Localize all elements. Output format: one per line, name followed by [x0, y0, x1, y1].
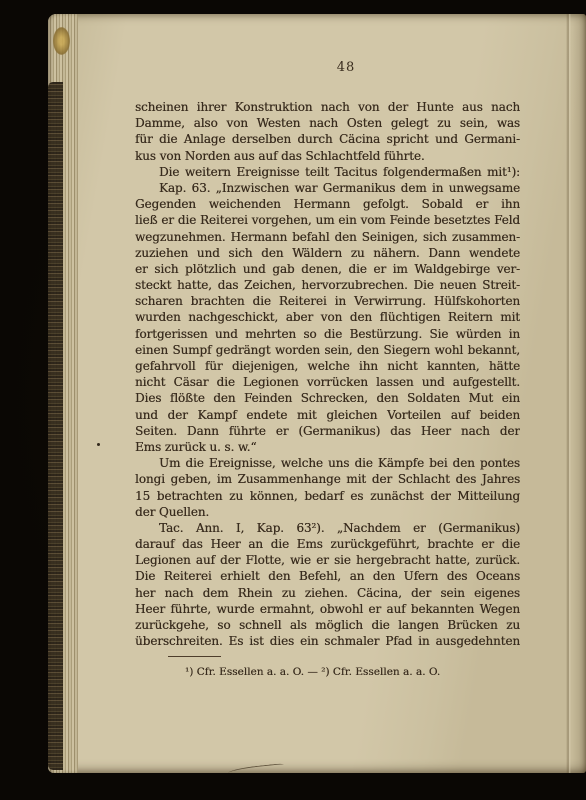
text-line: her nach dem Rhein zu ziehen. Cäcina, de… [135, 585, 520, 601]
text-line: 15 betrachten zu können, bedarf es zunäc… [135, 488, 520, 504]
text-line: Heer führte, wurde ermahnt, obwohl er au… [135, 601, 520, 617]
scan-background: 48 scheinen ihrer Konstruktion nach von … [0, 0, 586, 800]
text-line: ließ er die Reiterei vorgehen, um ein vo… [135, 212, 520, 228]
text-line: kus von Norden aus auf das Schlachtfeld … [135, 148, 520, 164]
text-line: Legionen auf der Flotte, wie er sie herg… [135, 552, 520, 568]
text-line: Ems zurück u. s. w.“ [135, 439, 520, 455]
text-line: Um die Ereignisse, welche uns die Kämpfe… [135, 455, 520, 471]
page-edge-dark-band [48, 82, 63, 770]
paragraph: scheinen ihrer Konstruktion nach von der… [135, 99, 520, 164]
text-line: gefahrvoll für diejenigen, welche ihn ni… [135, 358, 520, 374]
text-line: scharen brachten die Reiterei in Verwirr… [135, 293, 520, 309]
text-line: darauf das Heer an die Ems zurückgeführt… [135, 536, 520, 552]
text-line: er sich plötzlich und gab denen, die er … [135, 261, 520, 277]
text-line: für die Anlage derselben durch Cäcina sp… [135, 131, 520, 147]
paragraph: Um die Ereignisse, welche uns die Kämpfe… [135, 455, 520, 520]
text-line: zuziehen und sich den Wäldern zu nähern.… [135, 245, 520, 261]
ink-speck [97, 443, 100, 446]
body-text: scheinen ihrer Konstruktion nach von der… [135, 99, 520, 649]
text-line: Die weitern Ereignisse teilt Tacitus fol… [135, 164, 520, 180]
page-number: 48 [331, 60, 361, 75]
paragraph: Kap. 63. „Inzwischen war Germanikus dem … [135, 180, 520, 455]
text-line: wegzunehmen. Hermann befahl den Seinigen… [135, 229, 520, 245]
page-crease [566, 14, 571, 773]
book-page: 48 scheinen ihrer Konstruktion nach von … [48, 14, 586, 773]
text-line: Damme, also von Westen nach Osten gelegt… [135, 115, 520, 131]
page-right-shade [572, 14, 586, 773]
text-line: Dies flößte den Feinden Schrecken, den S… [135, 390, 520, 406]
text-line: der Quellen. [135, 504, 520, 520]
text-line: zurückgehe, so schnell als möglich die l… [135, 617, 520, 633]
footnote: ¹) Cfr. Essellen a. a. O. — ²) Cfr. Esse… [185, 666, 515, 678]
text-line: und der Kampf endete mit gleichen Vortei… [135, 407, 520, 423]
text-line: steckt hatte, das Zeichen, hervorzubrech… [135, 277, 520, 293]
text-line: longi geben, im Zusammenhange mit der Sc… [135, 471, 520, 487]
footnote-separator [168, 656, 221, 657]
text-line: fortgerissen und mehrten so die Bestürzu… [135, 326, 520, 342]
text-line: nicht Cäsar die Legionen vorrücken lasse… [135, 374, 520, 390]
text-line: Kap. 63. „Inzwischen war Germanikus dem … [135, 180, 520, 196]
text-line: Seiten. Dann führte er (Germanikus) das … [135, 423, 520, 439]
text-line: scheinen ihrer Konstruktion nach von der… [135, 99, 520, 115]
scratch-mark [228, 763, 284, 776]
text-line: Die Reiterei erhielt den Befehl, an den … [135, 568, 520, 584]
text-line: wurden nachgeschickt, aber von den flüch… [135, 309, 520, 325]
text-line: einen Sumpf gedrängt worden sein, den Si… [135, 342, 520, 358]
text-line: Gegenden weichenden Hermann gefolgt. Sob… [135, 196, 520, 212]
text-line: Tac. Ann. I, Kap. 63²). „Nachdem er (Ger… [135, 520, 520, 536]
text-line: überschreiten. Es ist dies ein schmaler … [135, 633, 520, 649]
paragraph: Tac. Ann. I, Kap. 63²). „Nachdem er (Ger… [135, 520, 520, 650]
page-edge-stain [53, 27, 70, 55]
paragraph: Die weitern Ereignisse teilt Tacitus fol… [135, 164, 520, 180]
